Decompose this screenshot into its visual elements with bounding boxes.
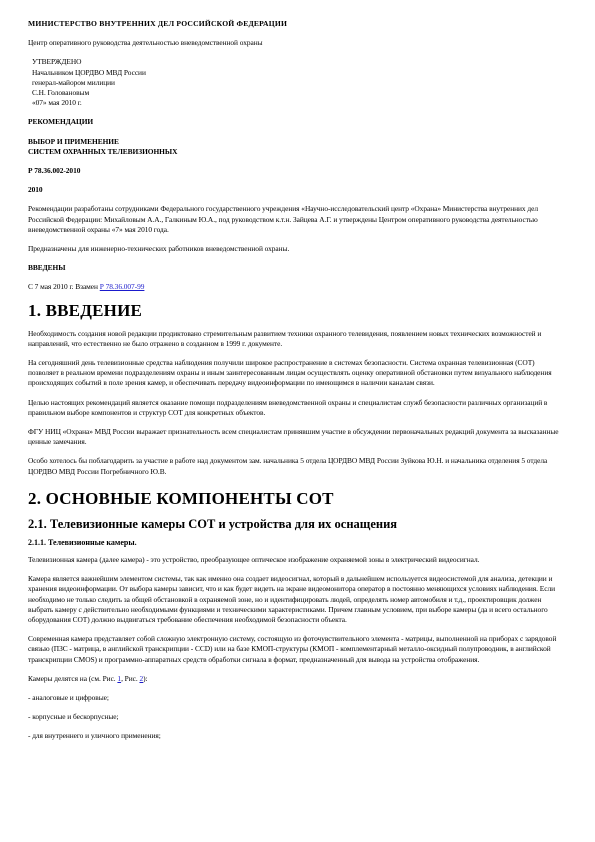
paragraph: Необходимость создания новой редакции пр… xyxy=(28,329,567,349)
list-item: - аналоговые и цифровые; xyxy=(28,693,567,703)
subsubsection-heading-tv-cameras: 2.1.1. Телевизионные камеры. xyxy=(28,538,567,548)
cameras-divided-text: Камеры делятся на (см. Рис. xyxy=(28,674,117,683)
introduced-paragraph: С 7 мая 2010 г. Взамен Р 78.36.007-99 xyxy=(28,282,567,292)
paragraph: На сегодняшний день телевизионные средст… xyxy=(28,358,567,389)
paragraph: ФГУ НИЦ «Охрана» МВД России выражает при… xyxy=(28,427,567,447)
paragraph: Телевизионная камера (далее камера) - эт… xyxy=(28,555,567,565)
paragraph: Целью настоящих рекомендаций является ок… xyxy=(28,398,567,418)
document-year: 2010 xyxy=(28,185,567,195)
document-page: МИНИСТЕРСТВО ВНУТРЕННИХ ДЕЛ РОССИЙСКОЙ Ф… xyxy=(0,0,595,742)
approval-line: Начальником ЦОРДВО МВД России xyxy=(32,68,567,78)
replaced-document-link[interactable]: Р 78.36.007-99 xyxy=(100,282,145,291)
paragraph: Современная камера представляет собой сл… xyxy=(28,634,567,665)
document-type: РЕКОМЕНДАЦИИ xyxy=(28,117,567,127)
list-item: - корпусные и бескорпусные; xyxy=(28,712,567,722)
document-title-line: ВЫБОР И ПРИМЕНЕНИЕ xyxy=(28,137,567,147)
introduced-label: ВВЕДЕНЫ xyxy=(28,263,567,273)
document-code: Р 78.36.002-2010 xyxy=(28,166,567,176)
intended-for-paragraph: Предназначены для инженерно-технических … xyxy=(28,244,567,254)
document-title-line: СИСТЕМ ОХРАННЫХ ТЕЛЕВИЗИОННЫХ xyxy=(28,147,567,157)
section-heading-introduction: 1. ВВЕДЕНИЕ xyxy=(28,301,567,321)
approval-block: УТВЕРЖДЕНО Начальником ЦОРДВО МВД России… xyxy=(28,57,567,108)
approval-line: генерал-майором милиции xyxy=(32,78,567,88)
introduced-text: С 7 мая 2010 г. Взамен xyxy=(28,282,100,291)
approval-line: С.Н. Головановым xyxy=(32,88,567,98)
center-name: Центр оперативного руководства деятельно… xyxy=(28,38,567,48)
developed-by-paragraph: Рекомендации разработаны сотрудниками Фе… xyxy=(28,204,567,235)
section-heading-components: 2. ОСНОВНЫЕ КОМПОНЕНТЫ СОТ xyxy=(28,489,567,509)
figure-separator-text: , Рис. xyxy=(121,674,139,683)
list-item: - для внутреннего и уличного применения; xyxy=(28,731,567,741)
ministry-name: МИНИСТЕРСТВО ВНУТРЕННИХ ДЕЛ РОССИЙСКОЙ Ф… xyxy=(28,19,567,29)
paragraph: Камера является важнейшим элементом сист… xyxy=(28,574,567,625)
approval-date: «07» мая 2010 г. xyxy=(32,98,567,108)
paragraph: Особо хотелось бы поблагодарить за участ… xyxy=(28,456,567,476)
cameras-divided-suffix: ): xyxy=(143,674,147,683)
approval-title: УТВЕРЖДЕНО xyxy=(32,57,567,67)
subsection-heading-cameras: 2.1. Телевизионные камеры СОТ и устройст… xyxy=(28,517,567,532)
cameras-divided-paragraph: Камеры делятся на (см. Рис. 1, Рис. 2): xyxy=(28,674,567,684)
